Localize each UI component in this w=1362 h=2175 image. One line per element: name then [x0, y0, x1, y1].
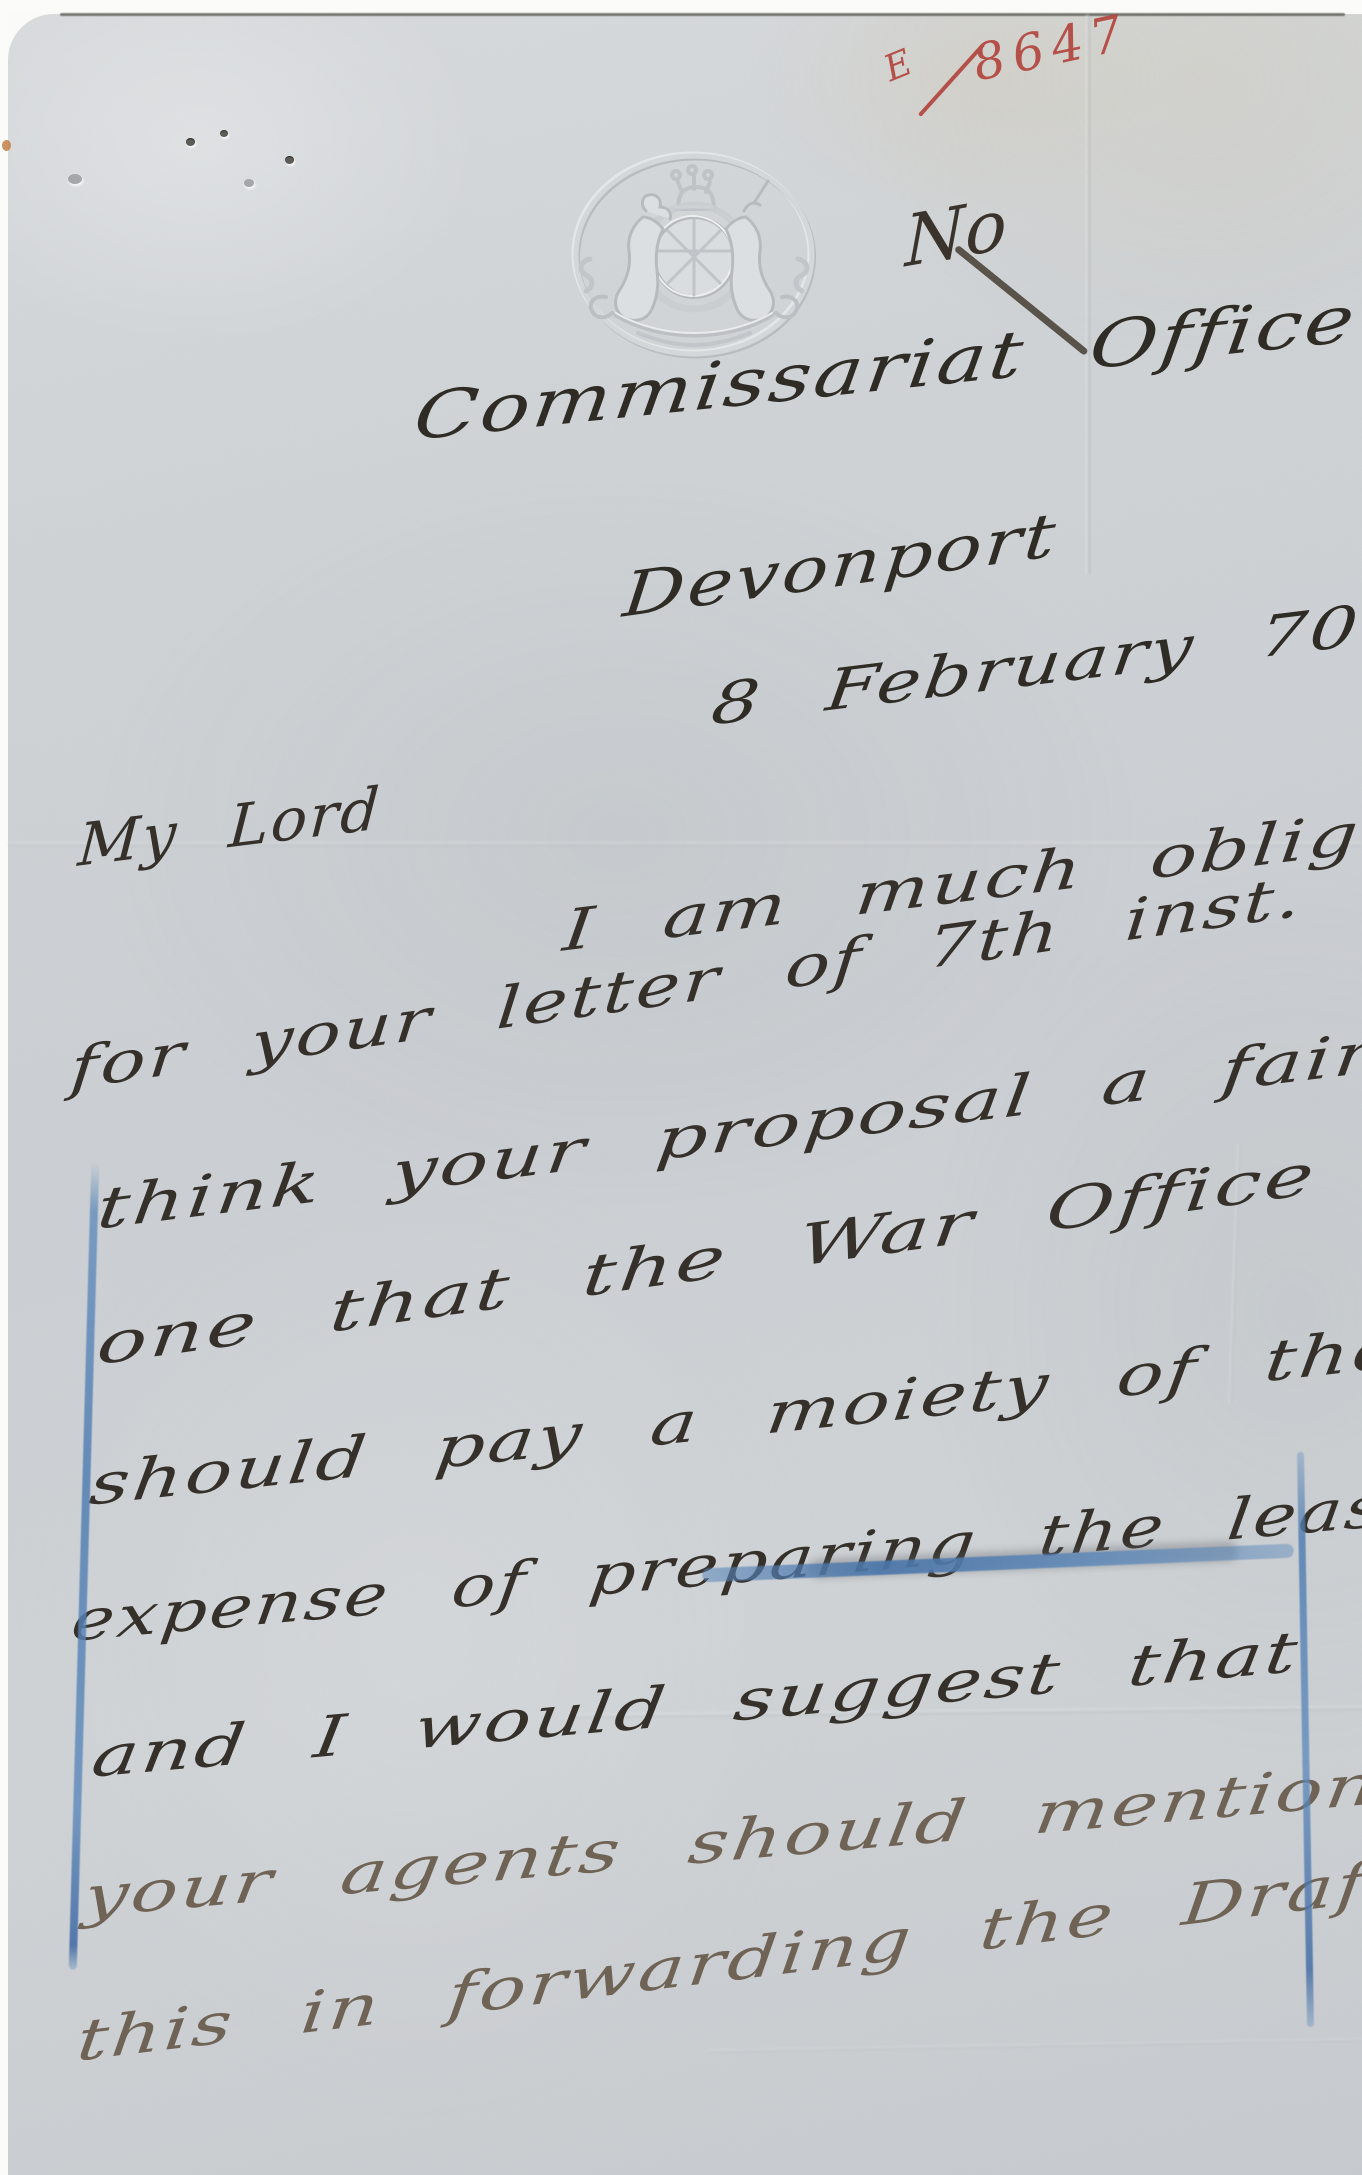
pin-hole: [285, 156, 294, 164]
paper-dimple: [68, 174, 82, 184]
pin-hole: [220, 130, 228, 137]
heading-office: Commissariat Office: [410, 282, 1361, 456]
blue-pencil-left-margin-line: [69, 1162, 100, 1970]
heading-place: Devonport: [620, 499, 1061, 632]
embossed-royal-crest-icon: [568, 147, 820, 361]
heading-date: 8 February 70: [708, 593, 1362, 739]
salutation: My Lord: [76, 774, 383, 880]
monogram-text: No: [905, 182, 1007, 283]
paper-dimple: [244, 179, 254, 187]
registry-number: 8647: [968, 3, 1136, 93]
scanned-letter-screenshot: { "letter": { "registry": { "prefix": "E…: [0, 0, 1362, 2175]
registry-prefix: E: [878, 42, 918, 90]
letter-paper: E 8647 No Commissariat Office Devonport …: [8, 14, 1362, 2175]
fold-crease-horizontal: [708, 2038, 1362, 2053]
ink-monogram: No: [904, 192, 1007, 274]
body-line: and I would suggest that: [88, 1619, 1304, 1791]
fold-crease-vertical: [1086, 14, 1090, 574]
ink-speck: [2, 140, 11, 151]
pin-hole: [186, 138, 195, 146]
